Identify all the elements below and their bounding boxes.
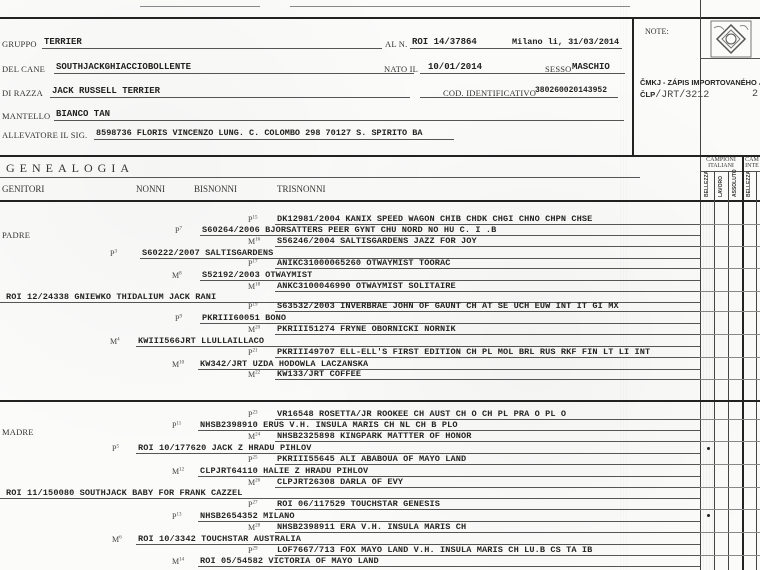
champ-col-line (728, 171, 729, 570)
ancestor-entry: S60264/2006 BJORSATTERS PEER GYNT CHU NO… (202, 225, 496, 235)
row-rule (275, 291, 700, 292)
field-underline (54, 73, 414, 74)
al-n-value: ROI 14/37864 (412, 37, 477, 47)
row-marker: M20 (248, 325, 260, 334)
row-rule (275, 464, 700, 465)
ancestor-entry: S63532/2003 INVERBRAE JOHN OF GAUNT CH A… (277, 301, 619, 311)
stamp-rule (700, 58, 760, 59)
field-underline (94, 139, 454, 140)
ancestor-entry: PKRIII51274 FRYNE OBORNICKI NORNIK (277, 324, 456, 334)
sesso-value: MASCHIO (572, 62, 610, 72)
del-cane-label: DEL CANE (2, 64, 45, 74)
row-rule (275, 441, 700, 442)
row-marker: M16 (248, 237, 260, 246)
ancestor-entry: KW342/JRT UZDA HODOWLA LACZANSKA (200, 359, 368, 369)
row-marker: M26 (248, 478, 260, 487)
nato-il-label: NATO IL (384, 64, 418, 74)
cmkj-import-stamp: ČMKJ - ZÁPIS IMPORTOVANÉHO JE (640, 78, 760, 87)
scan-noise (700, 200, 714, 570)
row-marker: M12 (172, 467, 184, 476)
row-marker: P13 (172, 512, 181, 521)
row-marker: P3 (110, 249, 117, 258)
row-rule (275, 246, 700, 247)
ancestor-entry: NHSB2325898 KINGPARK MATTTER OF HONOR (277, 431, 472, 441)
col-bellezza-int: BELLEZZA (746, 175, 752, 197)
col-bisnonni: BISNONNI (194, 184, 237, 194)
madre-section-rule (0, 400, 760, 402)
ancestor-entry: NHSB2654352 MILANO (200, 511, 295, 521)
ancestor-entry: ANKC3100046990 OTWAYMIST SOLITAIRE (277, 281, 456, 291)
padre-label: PADRE (2, 230, 30, 240)
row-marker: P25 (248, 455, 257, 464)
row-rule (275, 334, 700, 335)
col-trisnonni: TRISNONNI (277, 184, 326, 194)
gruppo-value: TERRIER (44, 37, 82, 47)
row-rule (275, 311, 700, 312)
mantello-value: BIANCO TAN (56, 109, 110, 119)
field-underline (54, 120, 624, 121)
madre-label: MADRE (2, 427, 34, 437)
col-lavoro: LAVORO (718, 175, 724, 197)
ancestor-entry: VR16548 ROSETTA/JR ROOKEE CH AUST CH O C… (277, 409, 566, 419)
row-marker: M6 (112, 535, 122, 544)
row-marker: M18 (248, 282, 260, 291)
ancestor-entry: NHSB2398910 ERUS V.H. INSULA MARIS CH NL… (200, 420, 458, 430)
row-marker: P9 (175, 314, 182, 323)
ancestor-entry: ROI 06/117529 TOUCHSTAR GENESIS (277, 499, 440, 509)
row-marker: M22 (248, 370, 260, 379)
ancestor-entry: NHSB2398911 ERA V.H. INSULA MARIS CH (277, 522, 466, 532)
genealogia-top-rule (0, 155, 700, 157)
ancestor-entry: CLPJRT64110 HALIE Z HRADU PIHLOV (200, 466, 368, 476)
field-underline (50, 97, 410, 98)
row-marker: M14 (172, 557, 184, 566)
row-marker: P23 (248, 410, 257, 419)
clp-number: /JRT/3212 (655, 90, 709, 101)
field-underline (410, 48, 622, 49)
del-cane-value: SOUTHJACKGHIACCIOBOLLENTE (56, 62, 191, 72)
genealogia-header-rule (0, 200, 760, 202)
row-marker: M28 (248, 523, 260, 532)
ancestor-entry: S60222/2007 SALTISGARDENS (142, 248, 273, 258)
row-marker: P5 (112, 444, 119, 453)
ancestor-entry: DK12981/2004 KANIX SPEED WAGON CHIB CHDK… (277, 214, 592, 224)
row-marker: M10 (172, 360, 184, 369)
champ-col-line (756, 171, 757, 570)
al-n-label: AL N. (385, 39, 407, 49)
note-label: NOTE: (645, 27, 669, 36)
ancestor-entry: PKRIII60051 BONO (202, 313, 286, 323)
pedigree-document: GRUPPO TERRIER AL N. ROI 14/37864 Milano… (0, 0, 760, 570)
col-bellezza: BELLEZZA (704, 175, 710, 197)
stamp-logo-icon (710, 20, 752, 58)
campioni-int-header: CAM INTE (744, 157, 760, 169)
campioni-italiani-header: CAMPIONI ITALIANI (701, 157, 741, 169)
ancestor-entry: S52192/2003 OTWAYMIST (202, 270, 312, 280)
ancestor-entry: ROI 10/3342 TOUCHSTAR AUSTRALIA (138, 534, 301, 544)
col-nonni: NONNI (136, 184, 165, 194)
allevatore-label: ALLEVATORE IL SIG. (2, 130, 87, 140)
note-divider (632, 17, 634, 157)
row-rule (275, 268, 700, 269)
header-top-rule (0, 17, 760, 19)
top-rule (140, 6, 260, 7)
row-rule (275, 357, 700, 358)
di-razza-value: JACK RUSSELL TERRIER (52, 86, 160, 96)
row-marker: P11 (172, 421, 181, 430)
row-rule (275, 532, 700, 533)
ancestor-entry: KW133/JRT COFFEE (277, 369, 361, 379)
row-marker: P29 (248, 546, 257, 555)
ancestor-entry: ROI 05/54582 VICTORIA OF MAYO LAND (200, 556, 379, 566)
row-rule (275, 509, 700, 510)
mantello-label: MANTELLO (2, 111, 50, 121)
place-date: Milano li, 31/03/2014 (512, 37, 619, 47)
ancestor-entry: ANIKC31000065260 OTWAYMIST TOORAC (277, 258, 450, 268)
ancestor-entry: KWIII566JRT LLULLAILLACO (138, 336, 264, 346)
field-underline (42, 48, 382, 49)
row-marker: M24 (248, 432, 260, 441)
row-marker: P21 (248, 348, 257, 357)
ancestor-entry: S56246/2004 SALTISGARDENS JAZZ FOR JOY (277, 236, 477, 246)
genealogia-title: GENEALOGIA (6, 161, 134, 176)
col-assoluto: ASSOLUTO (732, 175, 738, 197)
row-marker: P7 (175, 226, 182, 235)
row-marker: P17 (248, 259, 257, 268)
ancestor-entry: PKRIII49707 ELL-ELL'S FIRST EDITION CH P… (277, 347, 650, 357)
row-rule (275, 487, 700, 488)
row-rule (275, 379, 700, 380)
madre-name: ROI 11/150080 SOUTHJACK BABY FOR FRANK C… (6, 488, 243, 498)
field-underline (420, 73, 625, 74)
row-marker: M8 (172, 271, 182, 280)
ancestor-entry: PKRIII55645 ALI ABABOUA OF MAYO LAND (277, 454, 466, 464)
clp-right-value: 2 (752, 89, 758, 100)
row-marker: P15 (248, 215, 257, 224)
padre-name: ROI 12/24338 GNIEWKO THIDALIUM JACK RANI (6, 292, 216, 302)
di-razza-label: DI RAZZA (2, 88, 43, 98)
ancestor-entry: LOF7667/713 FOX MAYO LAND V.H. INSULA MA… (277, 545, 592, 555)
clp-prefix: ČLP (640, 90, 655, 99)
row-marker: P19 (248, 302, 257, 311)
clp-registration: ČLP/JRT/3212 (640, 89, 709, 101)
row-marker: P27 (248, 500, 257, 509)
champ-col-line (714, 171, 715, 570)
ancestor-entry: ROI 10/177620 JACK Z HRADU PIHLOV (138, 443, 311, 453)
allevatore-value: 8598736 FLORIS VINCENZO LUNG. C. COLOMBO… (96, 128, 422, 138)
genealogia-sub-rule (0, 177, 640, 178)
ancestor-entry: CLPJRT26308 DARLA OF EVY (277, 477, 403, 487)
field-underline (420, 97, 618, 98)
top-rule (290, 6, 630, 7)
cod-identificativo-value: 380260020143952 (535, 86, 607, 95)
scan-noise (620, 0, 628, 570)
champ-divider (742, 155, 744, 570)
col-genitori: GENITORI (2, 184, 44, 194)
row-marker: M4 (110, 337, 120, 346)
gruppo-label: GRUPPO (2, 39, 37, 49)
nato-il-value: 10/01/2014 (428, 62, 482, 72)
